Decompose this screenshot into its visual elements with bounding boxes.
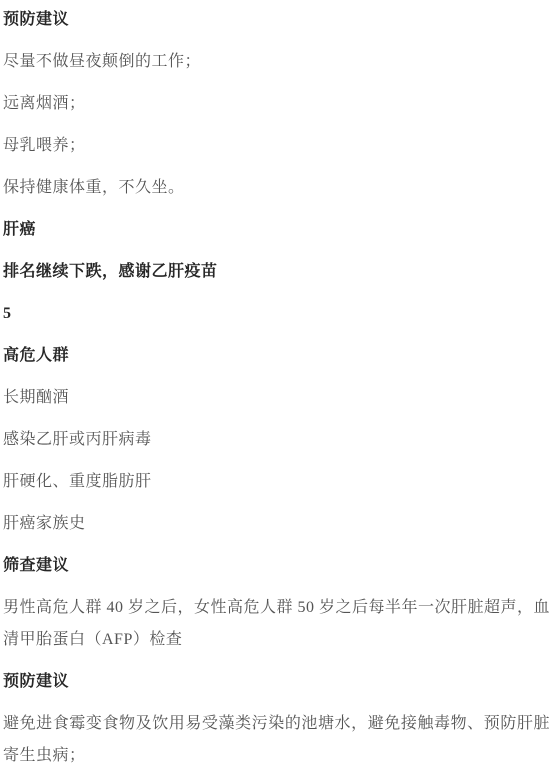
paragraph-prevention-detail: 避免进食霉变食物及饮用易受藻类污染的池塘水，避免接触毒物、预防肝脏寄生虫病；	[3, 708, 550, 768]
subheading-ranking-drop-vaccine: 排名继续下跌，感谢乙肝疫苗	[3, 256, 550, 288]
paragraph-screening-detail: 男性高危人群 40 岁之后，女性高危人群 50 岁之后每半年一次肝脏超声，血清甲…	[3, 592, 550, 656]
paragraph-healthy-weight: 保持健康体重，不久坐。	[3, 172, 550, 204]
paragraph-hepatitis-b-c-infection: 感染乙肝或丙肝病毒	[3, 424, 550, 456]
paragraph-avoid-tobacco-alcohol: 远离烟酒；	[3, 88, 550, 120]
heading-rank-number: 5	[3, 298, 550, 330]
heading-liver-cancer: 肝癌	[3, 214, 550, 246]
heading-high-risk-group: 高危人群	[3, 340, 550, 372]
paragraph-breastfeeding: 母乳喂养；	[3, 130, 550, 162]
document-page: 预防建议 尽量不做昼夜颠倒的工作； 远离烟酒； 母乳喂养； 保持健康体重，不久坐…	[0, 0, 554, 768]
paragraph-cirrhosis-fatty-liver: 肝硬化、重度脂肪肝	[3, 466, 550, 498]
heading-screening-advice: 筛查建议	[3, 550, 550, 582]
heading-prevention-advice-breast: 预防建议	[3, 4, 550, 36]
heading-prevention-advice-liver: 预防建议	[3, 666, 550, 698]
paragraph-liver-cancer-family-history: 肝癌家族史	[3, 508, 550, 540]
paragraph-long-term-drinking: 长期酗酒	[3, 382, 550, 414]
paragraph-avoid-night-shift-work: 尽量不做昼夜颠倒的工作；	[3, 46, 550, 78]
